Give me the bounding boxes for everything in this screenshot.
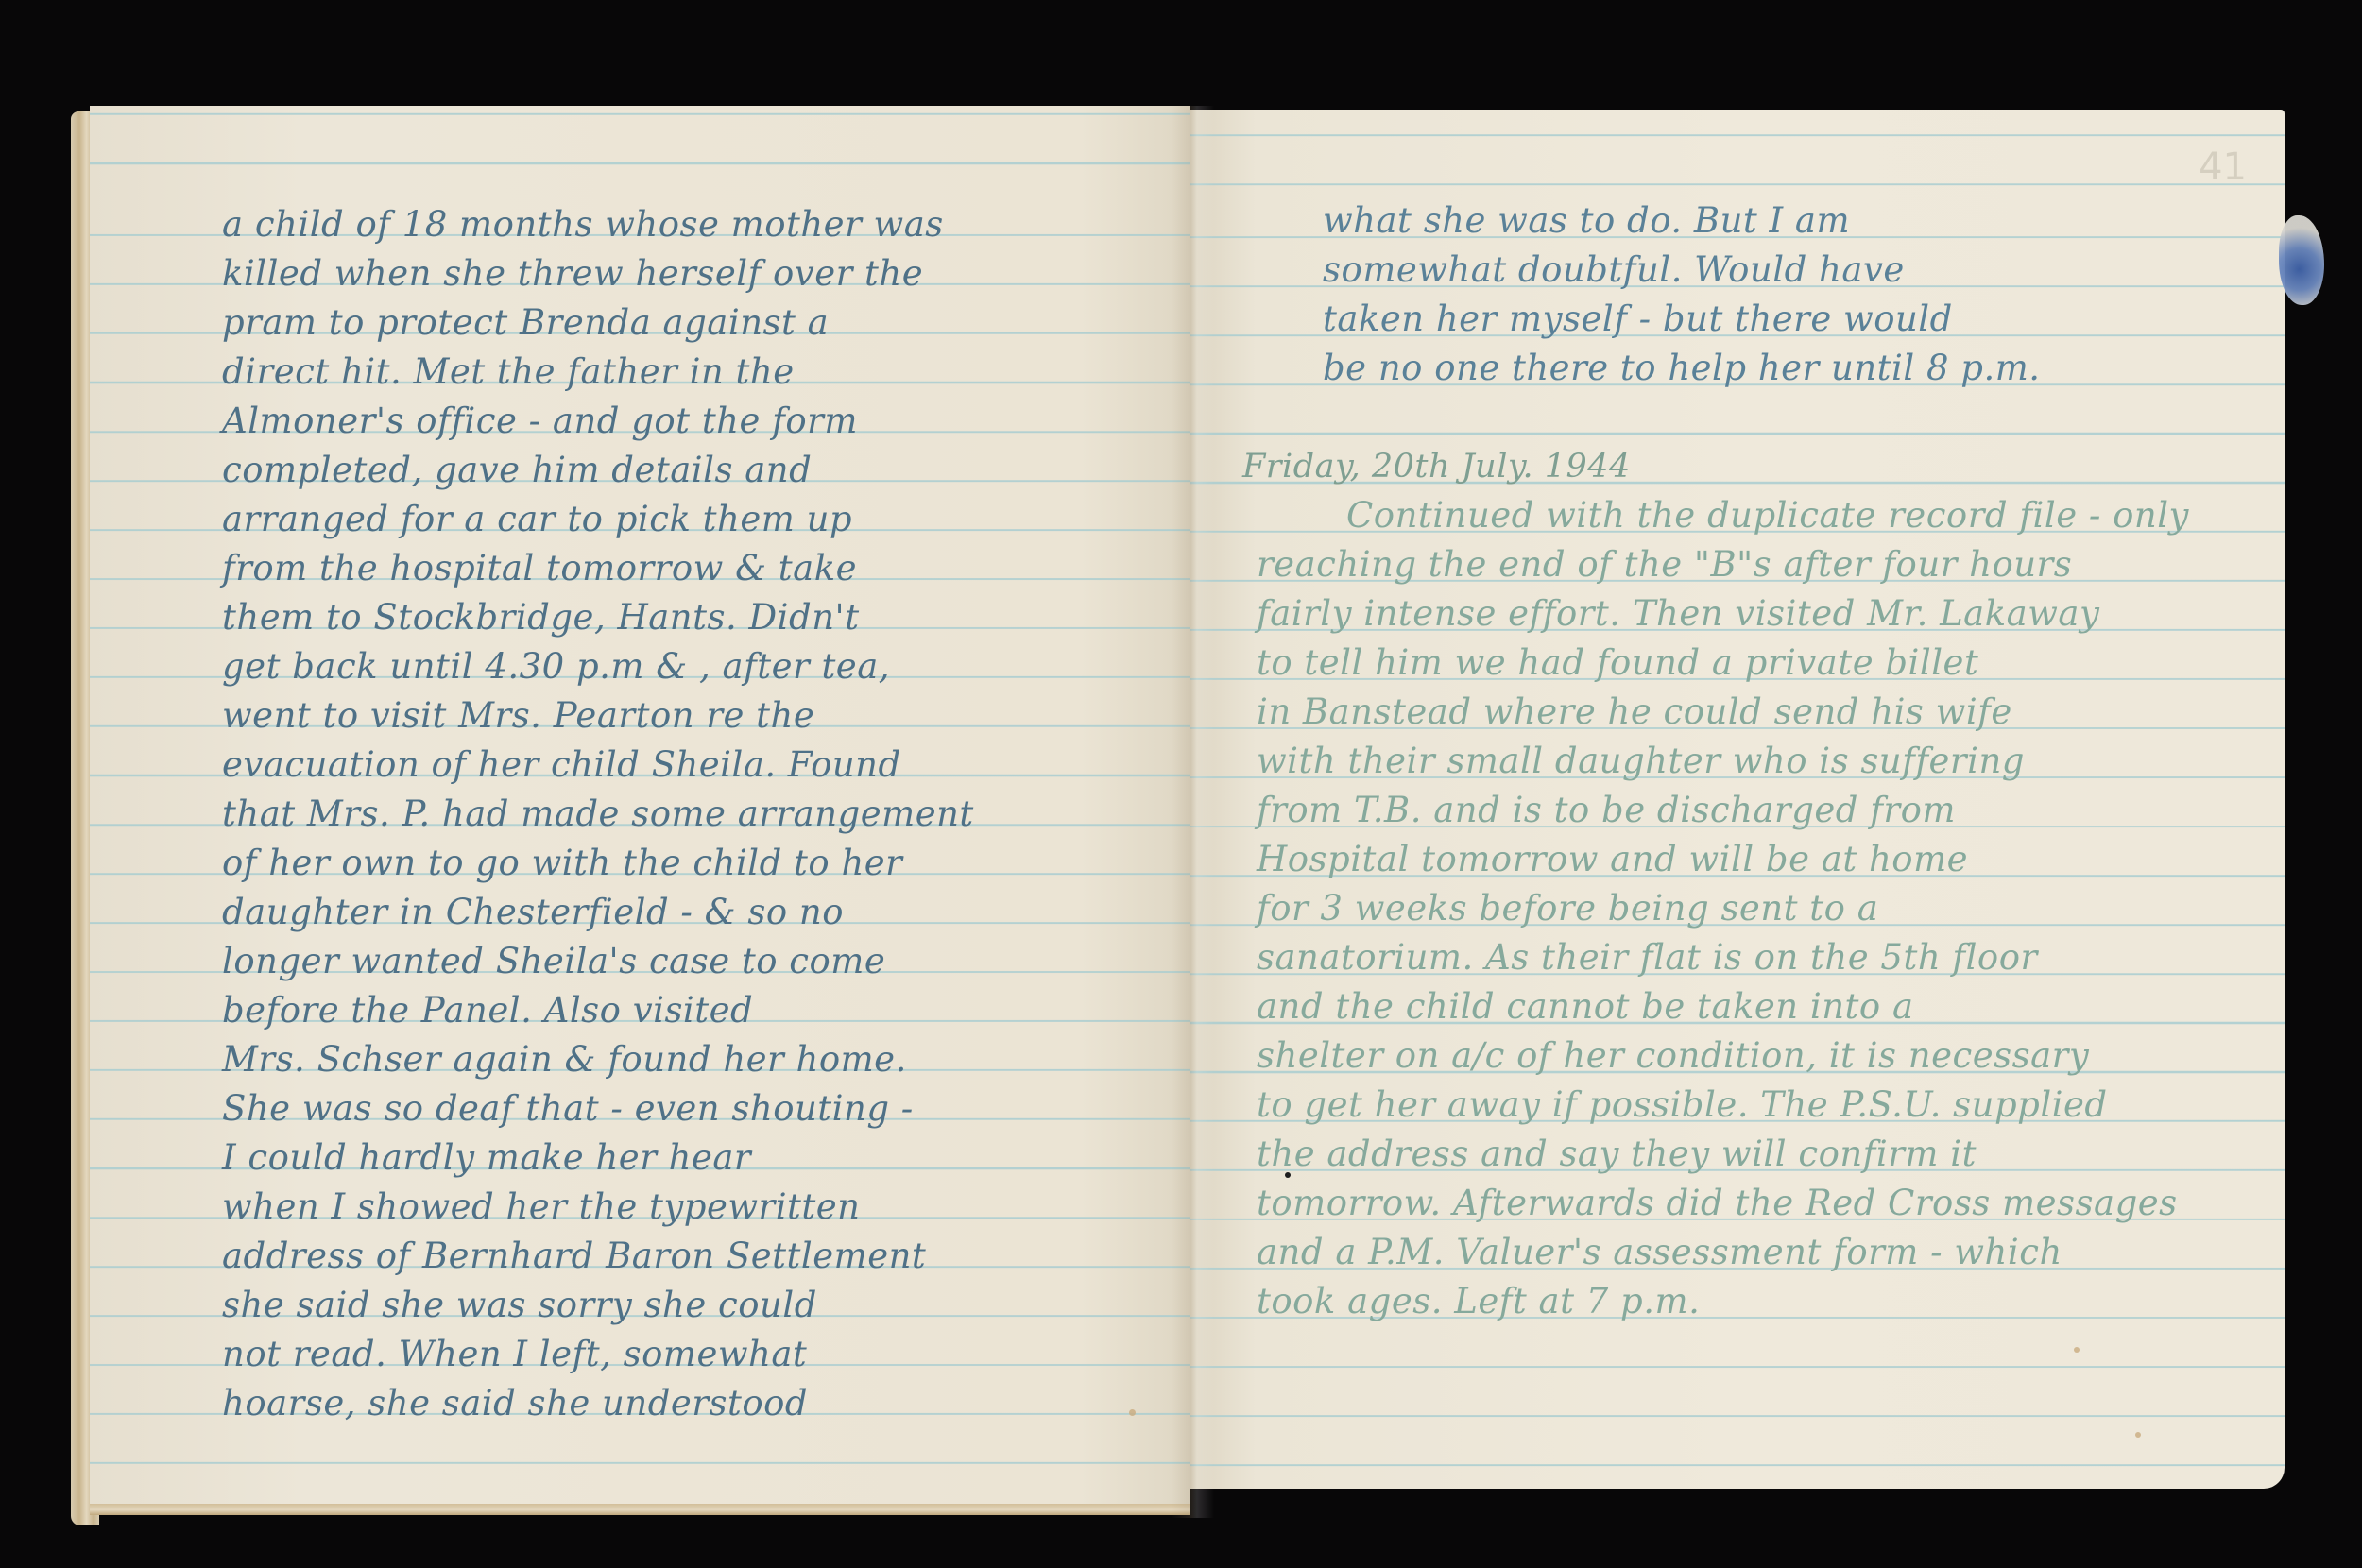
text-line: Hospital tomorrow and will be at home — [1257, 835, 2189, 884]
text-line: when I showed her the typewritten — [222, 1183, 974, 1232]
text-line: to tell him we had found a private bille… — [1257, 639, 2189, 688]
text-line: the address and say they will confirm it — [1257, 1130, 2189, 1179]
text-line: in Banstead where he could send his wife — [1257, 688, 2189, 737]
text-line: what she was to do. But I am — [1323, 196, 2041, 246]
text-line: address of Bernhard Baron Settlement — [222, 1232, 974, 1281]
text-line: killed when she threw herself over the — [222, 249, 974, 298]
text-line: and the child cannot be taken into a — [1257, 982, 2189, 1031]
text-line: evacuation of her child Sheila. Found — [222, 741, 974, 790]
text-line: a child of 18 months whose mother was — [222, 200, 974, 249]
text-line: completed, gave him details and — [222, 446, 974, 495]
text-line: reaching the end of the "B"s after four … — [1257, 540, 2189, 589]
paper-speck — [2135, 1432, 2141, 1438]
continuation-text: what she was to do. But I am somewhat do… — [1323, 196, 2041, 393]
ink-dot — [1285, 1172, 1291, 1178]
text-line: fairly intense effort. Then visited Mr. … — [1257, 589, 2189, 639]
text-line: for 3 weeks before being sent to a — [1257, 884, 2189, 933]
text-line: went to visit Mrs. Pearton re the — [222, 691, 974, 741]
text-line: hoarse, she said she understood — [222, 1379, 974, 1428]
text-line: Continued with the duplicate record file… — [1257, 491, 2189, 540]
text-line: from T.B. and is to be discharged from — [1257, 786, 2189, 835]
text-line: arranged for a car to pick them up — [222, 495, 974, 544]
text-line: daughter in Chesterfield - & so no — [222, 888, 974, 937]
text-line: get back until 4.30 p.m & , after tea, — [222, 642, 974, 691]
text-line: Mrs. Schser again & found her home. — [222, 1035, 974, 1084]
text-line: she said she was sorry she could — [222, 1281, 974, 1330]
text-line: before the Panel. Also visited — [222, 986, 974, 1035]
text-line: taken her myself - but there would — [1323, 295, 2041, 344]
text-line: I could hardly make her hear — [222, 1133, 974, 1183]
text-line: direct hit. Met the father in the — [222, 348, 974, 397]
text-line: not read. When I left, somewhat — [222, 1330, 974, 1379]
text-line: took ages. Left at 7 p.m. — [1257, 1277, 2189, 1326]
text-line: of her own to go with the child to her — [222, 839, 974, 888]
page-number: 41 — [2199, 145, 2247, 189]
text-line: that Mrs. P. had made some arrangement — [222, 790, 974, 839]
text-line: with their small daughter who is sufferi… — [1257, 737, 2189, 786]
open-notebook: a child of 18 months whose mother was ki… — [0, 0, 2362, 1568]
left-page: a child of 18 months whose mother was ki… — [90, 106, 1190, 1504]
text-line: Almoner's office - and got the form — [222, 397, 974, 446]
text-line: sanatorium. As their flat is on the 5th … — [1257, 933, 2189, 982]
text-line: from the hospital tomorrow & take — [222, 544, 974, 593]
left-page-text: a child of 18 months whose mother was ki… — [222, 200, 974, 1428]
text-line: tomorrow. Afterwards did the Red Cross m… — [1257, 1179, 2189, 1228]
entry-body-text: Continued with the duplicate record file… — [1257, 491, 2189, 1326]
text-line: pram to protect Brenda against a — [222, 298, 974, 348]
text-line: longer wanted Sheila's case to come — [222, 937, 974, 986]
entry-date-heading: Friday, 20th July. 1944 — [1242, 442, 1631, 491]
text-line: shelter on a/c of her condition, it is n… — [1257, 1031, 2189, 1081]
torn-blue-paper-fragment — [2279, 215, 2324, 305]
page-block-bottom-edge — [90, 1502, 1190, 1515]
text-line: to get her away if possible. The P.S.U. … — [1257, 1081, 2189, 1130]
text-line: them to Stockbridge, Hants. Didn't — [222, 593, 974, 642]
text-line: and a P.M. Valuer's assessment form - wh… — [1257, 1228, 2189, 1277]
text-line: somewhat doubtful. Would have — [1323, 246, 2041, 295]
text-line: She was so deaf that - even shouting - — [222, 1084, 974, 1133]
paper-speck — [2074, 1347, 2080, 1353]
paper-speck — [1129, 1409, 1136, 1416]
text-line: be no one there to help her until 8 p.m. — [1323, 344, 2041, 393]
right-page: 41 what she was to do. But I am somewhat… — [1190, 110, 2285, 1489]
